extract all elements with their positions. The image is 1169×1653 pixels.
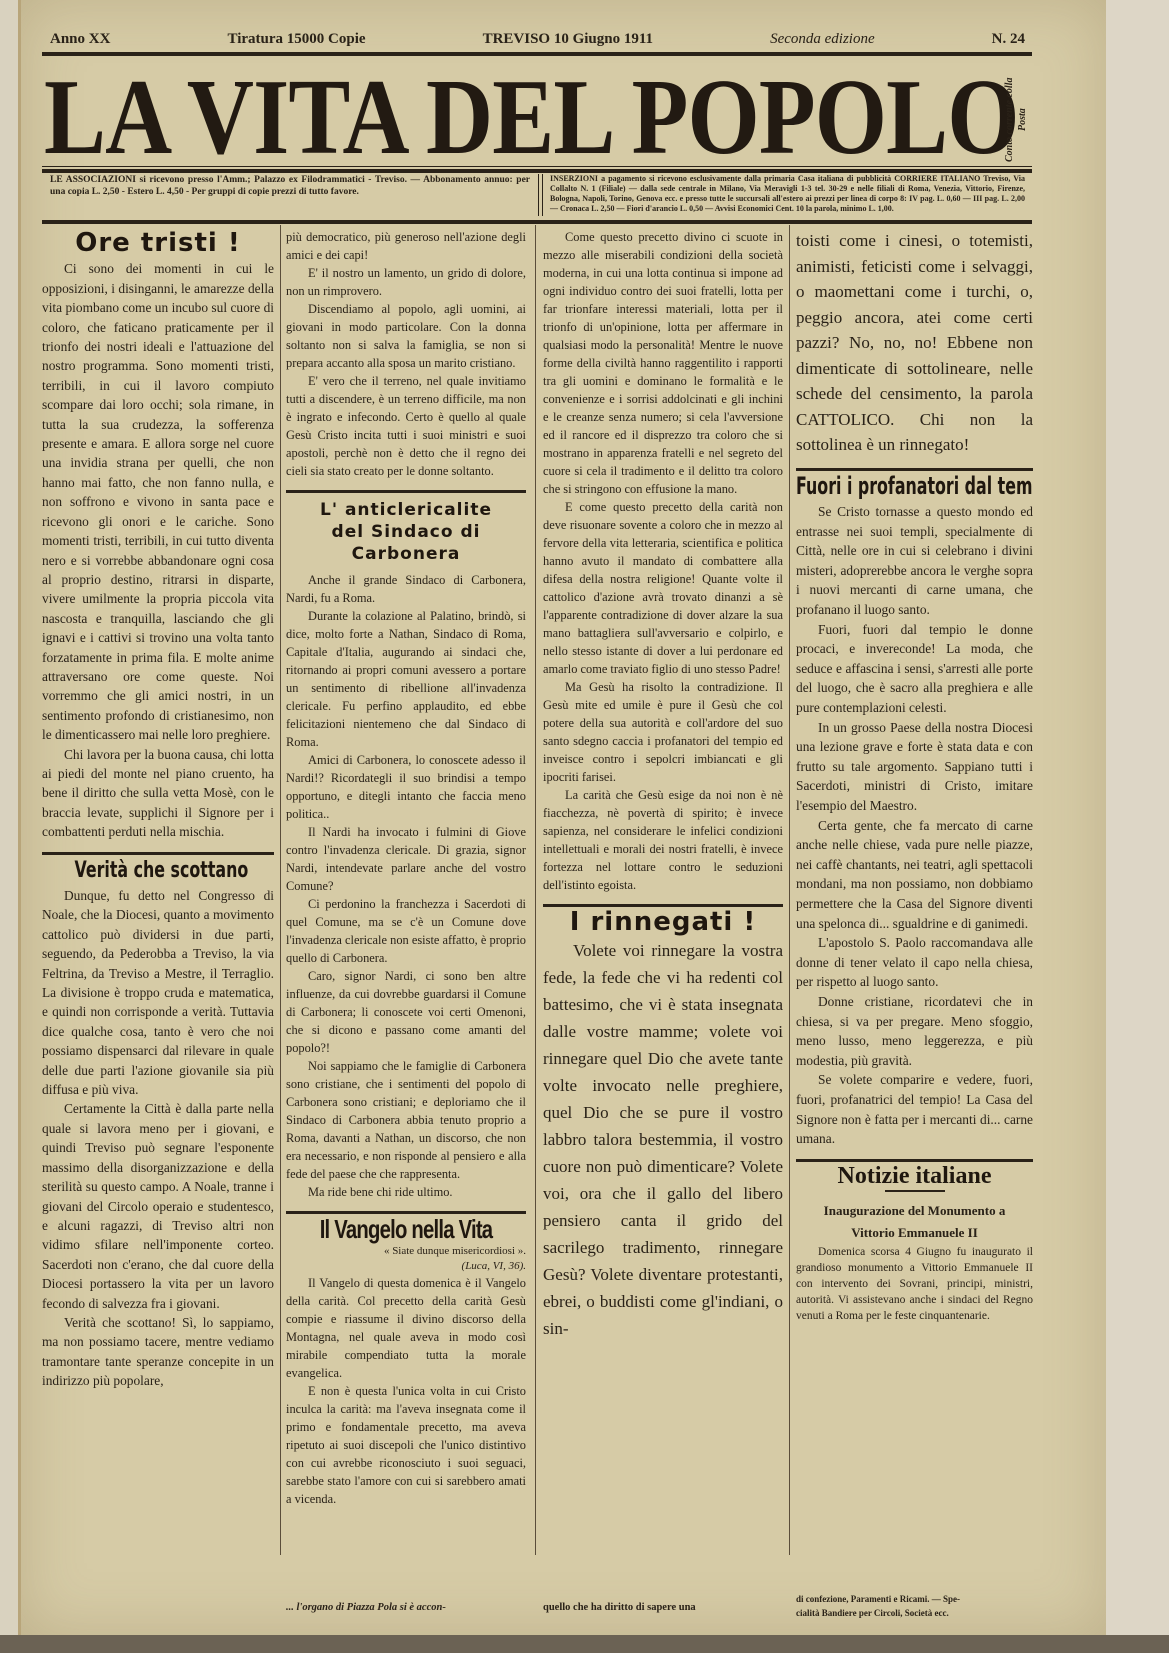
subscriptions-notice: LE ASSOCIAZIONI si ricevono presso l'Amm…	[50, 174, 530, 218]
footer-fragment: di confezione, Paramenti e Ricami. — Spe…	[796, 1594, 960, 1604]
paragraph: Ci perdonino la franchezza i Sacerdoti d…	[286, 895, 526, 967]
paragraph: E' vero che il terreno, nel quale inviti…	[286, 372, 526, 480]
dateline: TREVISO 10 Giugno 1911	[483, 31, 653, 48]
citation: (Luca, VI, 36).	[286, 1259, 526, 1274]
headline: Fuori i profanatori dal tempio	[796, 477, 952, 497]
paragraph: L'apostolo S. Paolo raccomandava alle do…	[796, 933, 1033, 992]
article-anticlericalite: L' anticlericalite del Sindaco di Carbon…	[286, 499, 526, 1201]
column-separator	[535, 225, 536, 1555]
paragraph: Noi sappiamo che le famiglie di Carboner…	[286, 1057, 526, 1183]
postal-note: Conto corrente colla Posta	[1003, 70, 1035, 170]
rinnegati-continuation: toisti come i cinesi, o totemisti, animi…	[796, 228, 1033, 458]
column-separator	[280, 225, 281, 1555]
paragraph: Come questo precetto divino ci scuote in…	[543, 228, 783, 498]
paragraph: E come questo precetto della carità non …	[543, 498, 783, 678]
headline: I rinnegati !	[543, 913, 783, 931]
print-run: Tiratura 15000 Copie	[227, 31, 365, 48]
paragraph: La carità che Gesù esige da noi non è nè…	[543, 786, 783, 894]
footer-fragment: ... l'organo di Piazza Pola si è accon-	[286, 1602, 446, 1613]
paragraph: Il Vangelo di questa domenica è il Vange…	[286, 1274, 526, 1382]
headline: Ore tristi !	[42, 234, 274, 253]
paragraph: Durante la colazione al Palatino, brindò…	[286, 607, 526, 751]
headline: Notizie italiane	[796, 1168, 1033, 1184]
paragraph: Chi lavora per la buona causa, chi lotta…	[42, 745, 274, 842]
article-ore-tristi: Ore tristi ! Ci sono dei momenti in cui …	[42, 234, 274, 842]
notice-divider	[538, 174, 543, 216]
paragraph: Ma Gesù ha risolto la contradizione. Il …	[543, 678, 783, 786]
newspaper-title: LA VITA DEL POPOLO	[44, 68, 870, 168]
article-profanatori: Fuori i profanatori dal tempio Se Cristo…	[796, 477, 1033, 1149]
epigraph: « Siate dunque misericordiosi ».	[286, 1244, 526, 1259]
edition: Seconda edizione	[770, 31, 875, 48]
paragraph: più democratico, più generoso nell'azion…	[286, 228, 526, 264]
subheadline: Inaugurazione del Monumento a	[796, 1200, 1033, 1222]
column-4: toisti come i cinesi, o totemisti, animi…	[796, 228, 1033, 1605]
paragraph: Domenica scorsa 4 Giugno fu inaugurato i…	[796, 1244, 1033, 1324]
paragraph: Certa gente, che fa mercato di carne anc…	[796, 816, 1033, 934]
issue-info-line: Anno XX Tiratura 15000 Copie TREVISO 10 …	[50, 28, 1025, 48]
footer-fragment: quello che ha diritto di sapere una	[543, 1602, 696, 1613]
article-notizie: Notizie italiane Inaugurazione del Monum…	[796, 1168, 1033, 1324]
paragraph: Fuori, fuori dal tempio le donne procaci…	[796, 620, 1033, 718]
article-separator	[796, 468, 1033, 471]
column-1: Ore tristi ! Ci sono dei momenti in cui …	[42, 228, 274, 1605]
scan-margin	[1103, 0, 1169, 1653]
paragraph: Volete voi rinnegare la vostra fede, la …	[543, 937, 783, 1342]
rule	[42, 220, 1032, 224]
article-verita: Verità che scottano Dunque, fu detto nel…	[42, 861, 274, 1391]
paragraph: Ma ride bene chi ride ultimo.	[286, 1183, 526, 1201]
issue-number: N. 24	[992, 31, 1025, 48]
article-vangelo: Il Vangelo nella Vita « Siate dunque mis…	[286, 1220, 526, 1508]
paragraph: Se Cristo tornasse a questo mondo ed ent…	[796, 502, 1033, 620]
article-separator	[796, 1159, 1033, 1162]
rule	[42, 169, 1032, 173]
headline-line: del Sindaco di Carbonera	[332, 522, 481, 564]
paragraph: Amici di Carbonera, lo conoscete adesso …	[286, 751, 526, 823]
issue-year: Anno XX	[50, 31, 110, 48]
paragraph: Dunque, fu detto nel Congresso di Noale,…	[42, 886, 274, 1099]
headline: Il Vangelo nella Vita	[312, 1220, 499, 1238]
column-3: Come questo precetto divino ci scuote in…	[543, 228, 783, 1605]
advertising-notice: INSERZIONI a pagamento si ricevono esclu…	[550, 174, 1025, 218]
paragraph: In un grosso Paese della nostra Diocesi …	[796, 718, 1033, 816]
headline: L' anticlericalite del Sindaco di Carbon…	[286, 499, 526, 565]
rule	[42, 52, 1032, 56]
paragraph: E non è questa l'unica volta in cui Cris…	[286, 1382, 526, 1508]
article-separator	[286, 490, 526, 493]
paragraph: Certamente la Città è dalla parte nella …	[42, 1099, 274, 1312]
headline: Verità che scottano	[74, 861, 241, 880]
paragraph: toisti come i cinesi, o totemisti, animi…	[796, 228, 1033, 458]
paragraph: E' il nostro un lamento, un grido di dol…	[286, 264, 526, 300]
article-separator	[42, 852, 274, 855]
paragraph: Anche il grande Sindaco di Carbonera, Na…	[286, 571, 526, 607]
short-rule	[885, 1190, 945, 1192]
paragraph: Se volete comparire e vedere, fuori, fuo…	[796, 1070, 1033, 1148]
paragraph: Il Nardi ha invocato i fulmini di Giove …	[286, 823, 526, 895]
column-2: più democratico, più generoso nell'azion…	[286, 228, 526, 1605]
paragraph: Verità che scottano! Sì, lo sappiamo, ma…	[42, 1313, 274, 1391]
headline-line: L' anticlericalite	[320, 500, 492, 520]
rule	[42, 166, 1032, 167]
subheadline: Vittorio Emmanuele II	[796, 1222, 1033, 1244]
paragraph: Donne cristiane, ricordatevi che in chie…	[796, 992, 1033, 1070]
footer-fragment: cialità Bandiere per Circoli, Società ec…	[796, 1608, 949, 1618]
paragraph: Caro, signor Nardi, ci sono ben altre in…	[286, 967, 526, 1057]
column-separator	[789, 225, 790, 1555]
paragraph: Discendiamo al popolo, agli uomini, ai g…	[286, 300, 526, 372]
article-rinnegati: I rinnegati ! Volete voi rinnegare la vo…	[543, 913, 783, 1342]
paragraph: Ci sono dei momenti in cui le opposizion…	[42, 259, 274, 744]
page-bottom-edge	[0, 1635, 1169, 1653]
